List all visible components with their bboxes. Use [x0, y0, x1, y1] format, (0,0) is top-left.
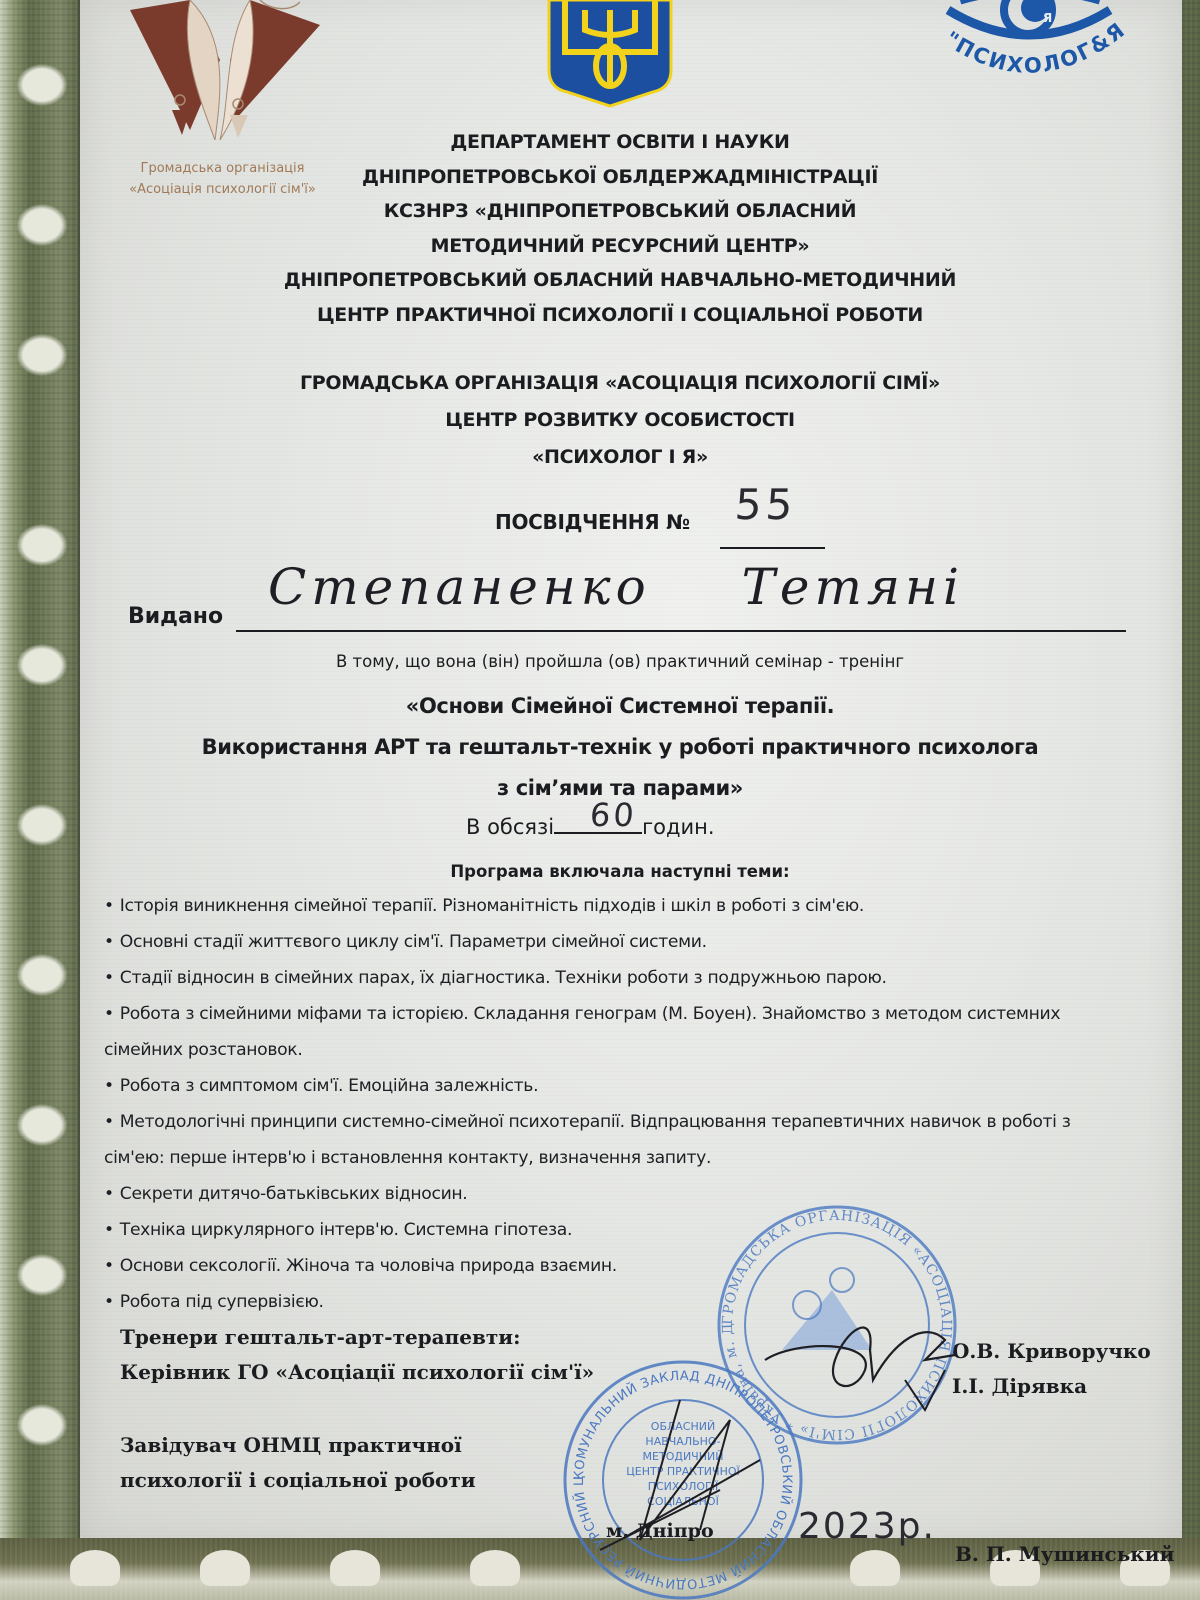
issue-year: 2023р. — [798, 1506, 936, 1547]
director-title-line: психології і соціальної роботи — [120, 1463, 476, 1498]
border-ornament — [12, 1400, 72, 1450]
border-ornament — [12, 950, 72, 1000]
border-ornament — [12, 1250, 72, 1300]
course-title-line: Використання АРТ та гештальт-технік у ро… — [120, 727, 1120, 768]
header-line: ДЕПАРТАМЕНТ ОСВІТИ І НАУКИ — [240, 125, 1000, 160]
completion-statement: В тому, що вона (він) пройшла (ов) практ… — [240, 652, 1000, 671]
center-stamp-inner-line: ПСИХОЛОГІЇ — [648, 1480, 719, 1493]
course-title-line: «Основи Сімейної Системної терапії. — [120, 686, 1120, 727]
center-stamp-inner-line: ОБЛАСНИЙ — [651, 1420, 715, 1433]
hours-value: 60 — [589, 796, 638, 834]
trainer-name: І.І. Дірявка — [952, 1369, 1151, 1404]
program-topic: Робота з симптомом сім'ї. Емоційна залеж… — [104, 1068, 1134, 1104]
program-topic: Робота з сімейними міфами та історією. С… — [104, 996, 1134, 1068]
trainer-names: О.В. Криворучко І.І. Дірявка — [952, 1334, 1151, 1404]
association-family-psychology-logo-icon — [120, 0, 330, 145]
head-label: Керівник ГО «Асоціації психології сім'ї» — [120, 1355, 594, 1390]
header-line: ДНІПРОПЕТРОВСЬКОЇ ОБЛДЕРЖАДМІНІСТРАЦІЇ — [240, 160, 1000, 195]
organization-header: ГРОМАДСЬКА ОРГАНІЗАЦІЯ «АСОЦІАЦІЯ ПСИХОЛ… — [240, 365, 1000, 476]
header-line: МЕТОДИЧНИЙ РЕСУРСНИЙ ЦЕНТР» — [240, 229, 1000, 264]
hours-suffix: годин. — [642, 815, 714, 839]
border-ornament — [12, 520, 72, 570]
ukraine-coat-of-arms-icon — [545, 0, 675, 108]
certificate-number-value: 55 — [733, 480, 798, 529]
border-ornament — [12, 1100, 72, 1150]
center-stamp-inner-line: СОЦІАЛЬНОЇ — [647, 1495, 719, 1508]
program-topic: Основні стадії життєвого циклу сім'ї. Па… — [104, 924, 1134, 960]
issuing-authority-header: ДЕПАРТАМЕНТ ОСВІТИ І НАУКИ ДНІПРОПЕТРОВС… — [240, 125, 1000, 332]
certificate-number-underline — [720, 547, 825, 549]
border-ornament — [200, 1550, 250, 1586]
header-line: КСЗНРЗ «ДНІПРОПЕТРОВСЬКИЙ ОБЛАСНИЙ — [240, 194, 1000, 229]
border-ornament — [12, 640, 72, 690]
border-ornament — [12, 330, 72, 380]
border-ornament — [12, 200, 72, 250]
program-topic: Стадії відносин в сімейних парах, їх діа… — [104, 960, 1134, 996]
certificate-number-label: ПОСВІДЧЕННЯ № — [495, 510, 690, 534]
hours-prefix: В обсязі — [466, 815, 554, 839]
organization-line: ЦЕНТР РОЗВИТКУ ОСОБИСТОСТІ — [240, 402, 1000, 439]
eye-logo-icon: Я "ПСИХОЛОГ&Я" — [940, 0, 1140, 100]
program-title: Програма включала наступні теми: — [240, 862, 1000, 881]
eye-logo-letter: Я — [1043, 11, 1052, 25]
trainers-label: Тренери гештальт-арт-терапевти: — [120, 1320, 594, 1355]
program-topic: Секрети дитячо-батьківських відносин. — [104, 1176, 1134, 1212]
trainers-block: Тренери гештальт-арт-терапевти: Керівник… — [120, 1320, 594, 1390]
stamp-city: м. Дніпро — [606, 1520, 714, 1542]
issued-to-label: Видано — [128, 604, 223, 629]
issued-to-name: Степаненко Тетяні — [268, 558, 964, 616]
course-title: «Основи Сімейної Системної терапії. Вико… — [120, 686, 1120, 809]
program-topic: Історія виникнення сімейної терапії. Різ… — [104, 888, 1134, 924]
program-topic: Техніка циркулярного інтерв'ю. Системна … — [104, 1212, 1134, 1248]
director-name: В. П. Мушинський — [955, 1542, 1174, 1566]
center-stamp-inner-line: НАВЧАЛЬНО- — [645, 1435, 720, 1448]
director-block: Завідувач ОНМЦ практичної психології і с… — [120, 1428, 476, 1498]
methodical-center-stamp-icon: КОМУНАЛЬНИЙ ЗАКЛАД ДНІПРОПЕТРОВСЬКИЙ ОБЛ… — [558, 1355, 808, 1600]
center-stamp-inner-line: МЕТОДИЧНИЙ — [643, 1450, 724, 1463]
border-ornament — [470, 1550, 520, 1586]
program-topic-list: Історія виникнення сімейної терапії. Різ… — [104, 888, 1134, 1320]
program-topic: Робота під супервізією. — [104, 1284, 1134, 1320]
trainer-name: О.В. Криворучко — [952, 1334, 1151, 1369]
center-stamp-inner-line: ЦЕНТР ПРАКТИЧНОЇ — [626, 1465, 740, 1478]
organization-line: ГРОМАДСЬКА ОРГАНІЗАЦІЯ «АСОЦІАЦІЯ ПСИХОЛ… — [240, 365, 1000, 402]
border-ornament — [12, 800, 72, 850]
border-ornament — [70, 1550, 120, 1586]
header-line: ДНІПРОПЕТРОВСЬКИЙ ОБЛАСНИЙ НАВЧАЛЬНО-МЕТ… — [240, 263, 1000, 298]
program-topic: Основи сексології. Жіноча та чоловіча пр… — [104, 1248, 1134, 1284]
border-ornament — [330, 1550, 380, 1586]
director-title-line: Завідувач ОНМЦ практичної — [120, 1428, 476, 1463]
header-line: ЦЕНТР ПРАКТИЧНОЇ ПСИХОЛОГІЇ І СОЦІАЛЬНОЇ… — [240, 298, 1000, 333]
program-topic: Методологічні принципи системно-сімейної… — [104, 1104, 1134, 1176]
border-ornament — [850, 1550, 900, 1586]
issued-to-underline — [236, 630, 1126, 632]
border-ornament — [12, 60, 72, 110]
organization-line: «ПСИХОЛОГ І Я» — [240, 439, 1000, 476]
